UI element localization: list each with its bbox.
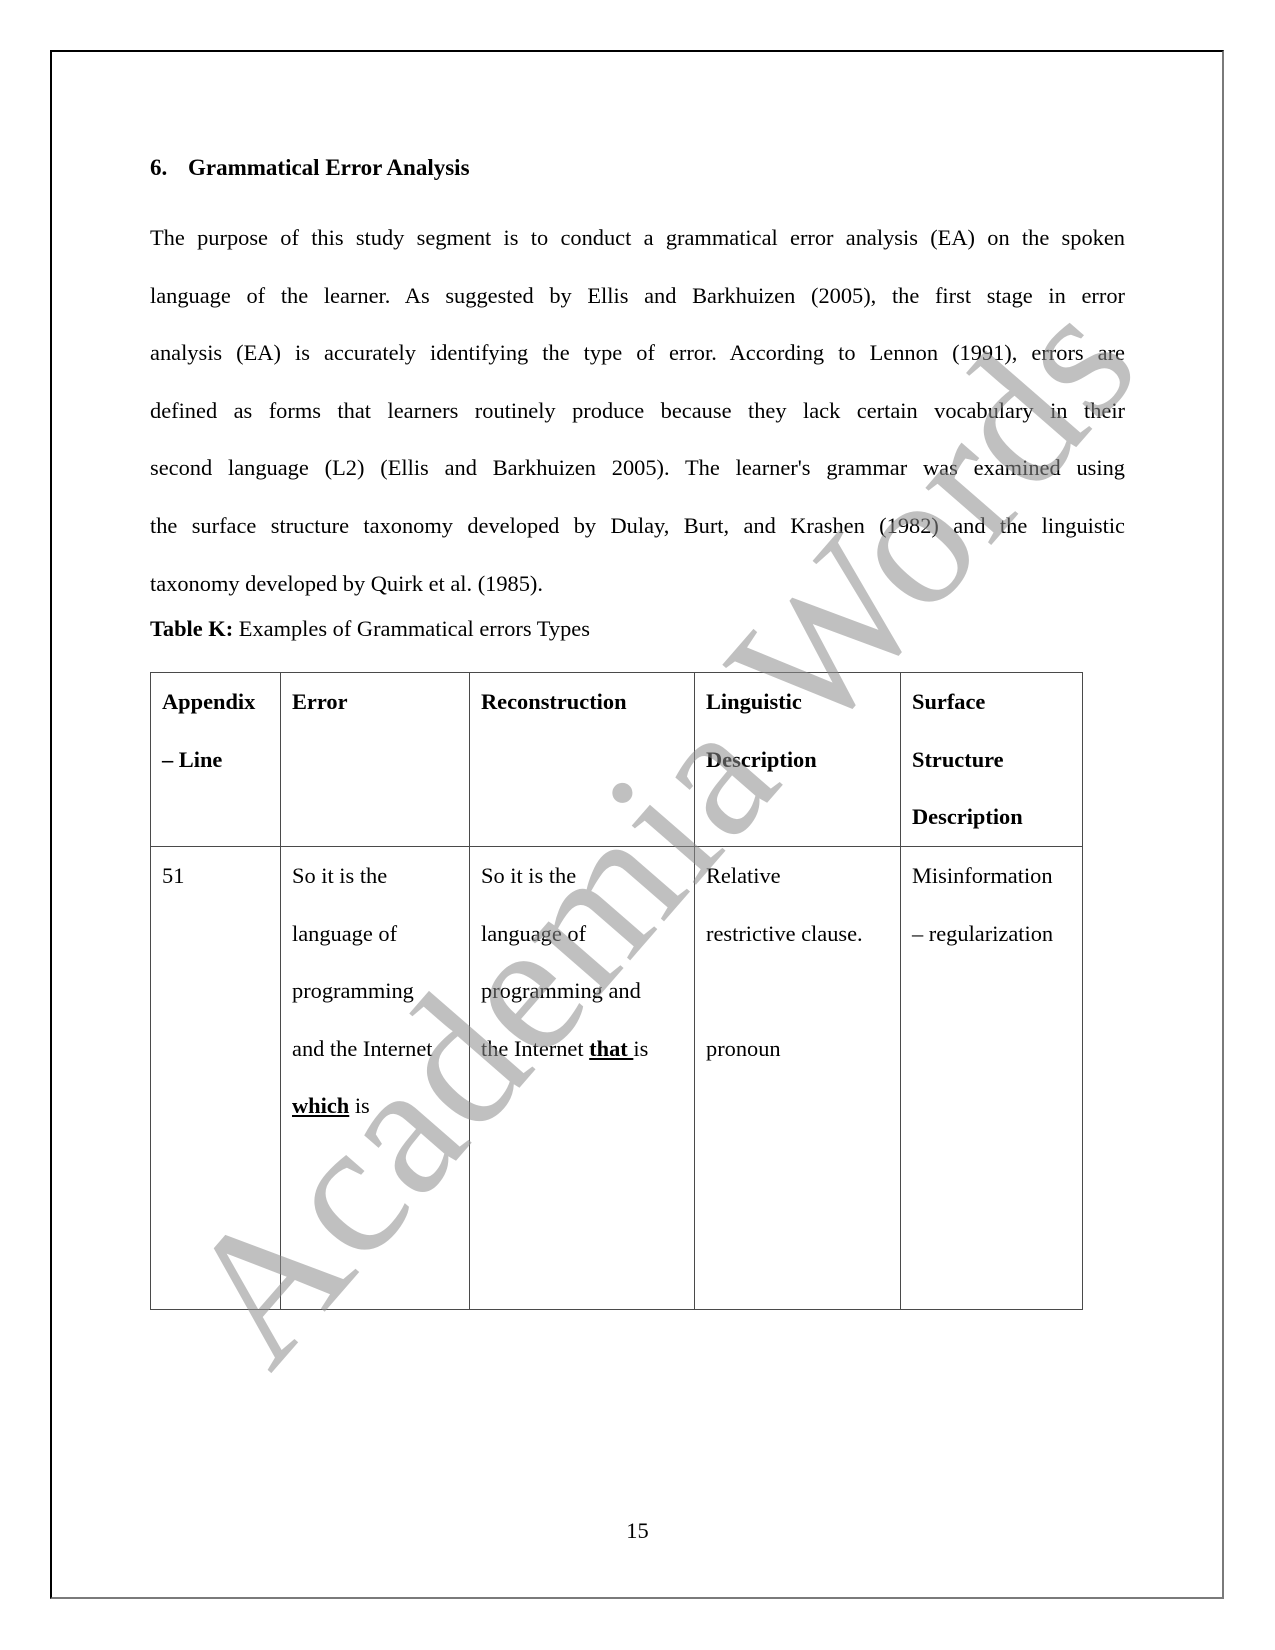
- cell-appendix-line: 51: [151, 847, 281, 1310]
- paragraph-line: analysis (EA) is accurately identifying …: [150, 324, 1125, 382]
- header-appendix-line: Appendix – Line: [151, 673, 281, 847]
- paragraph-line: the surface structure taxonomy developed…: [150, 497, 1125, 555]
- header-linguistic-description: Linguistic Description: [695, 673, 901, 847]
- cell-surface-structure-description: Misinformation – regularization: [901, 847, 1083, 1310]
- cell-error: So it is the language of programming and…: [281, 847, 470, 1310]
- paragraph-line: taxonomy developed by Quirk et al. (1985…: [150, 555, 1125, 613]
- table-caption: Table K: Examples of Grammatical errors …: [150, 614, 590, 644]
- paragraph-line: The purpose of this study segment is to …: [150, 209, 1125, 267]
- cell-linguistic-description: Relative restrictive clause. pronoun: [695, 847, 901, 1310]
- header-reconstruction: Reconstruction: [470, 673, 695, 847]
- paragraph-line: language of the learner. As suggested by…: [150, 267, 1125, 325]
- header-error: Error: [281, 673, 470, 847]
- body-paragraph: The purpose of this study segment is to …: [150, 209, 1125, 612]
- page-number: 15: [0, 1516, 1275, 1546]
- cell-reconstruction: So it is the language of programming and…: [470, 847, 695, 1310]
- error-examples-table: Appendix – Line Error Reconstruction Lin…: [150, 672, 1083, 1310]
- paragraph-line: second language (L2) (Ellis and Barkhuiz…: [150, 439, 1125, 497]
- section-number: 6.: [150, 152, 188, 184]
- reconstruction-highlight-word: that: [589, 1036, 633, 1061]
- table-caption-text: Examples of Grammatical errors Types: [233, 616, 590, 641]
- table-caption-label: Table K:: [150, 616, 233, 641]
- table-row: 51 So it is the language of programming …: [151, 847, 1083, 1310]
- header-surface-structure-description: Surface Structure Description: [901, 673, 1083, 847]
- section-heading: 6.Grammatical Error Analysis: [150, 152, 470, 184]
- paragraph-line: defined as forms that learners routinely…: [150, 382, 1125, 440]
- table-header-row: Appendix – Line Error Reconstruction Lin…: [151, 673, 1083, 847]
- error-highlight-word: which: [292, 1093, 349, 1118]
- section-title: Grammatical Error Analysis: [188, 155, 470, 180]
